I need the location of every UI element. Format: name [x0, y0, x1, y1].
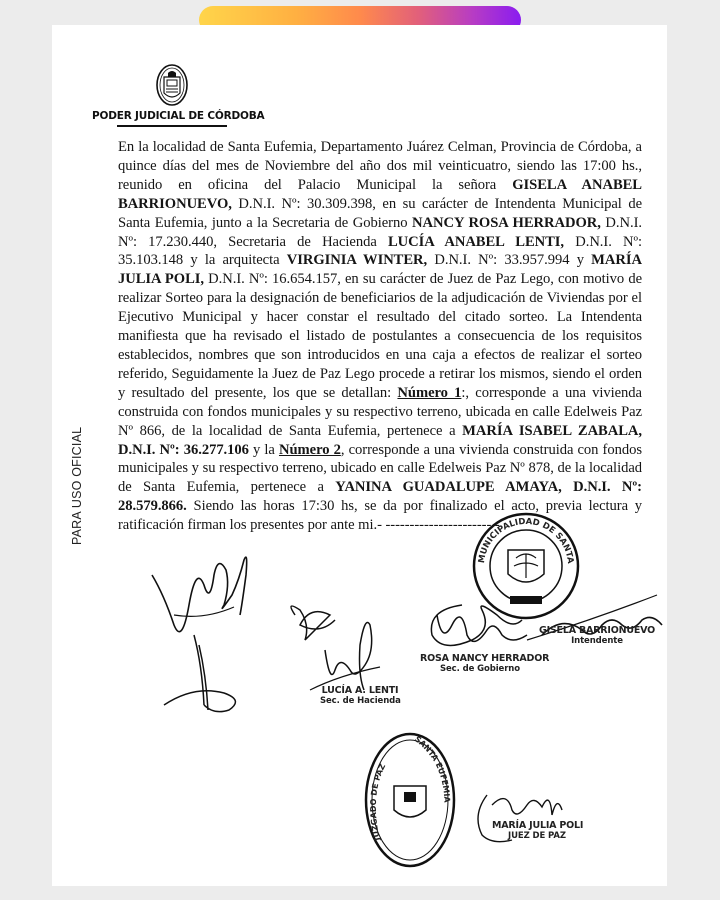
signature-scribble-1 — [144, 545, 274, 715]
signature-lenti — [280, 595, 400, 695]
lot-number: Número 2 — [279, 442, 341, 458]
signature-label-herrador: ROSA NANCY HERRADOR Sec. de Gobierno — [420, 653, 540, 674]
header-underline — [117, 125, 227, 127]
text-segment: D.N.I. Nº: 33.957.994 y — [427, 252, 591, 268]
signature-label-poli: MARÍA JULIA POLI JUEZ DE PAZ — [492, 820, 582, 841]
document-header: PODER JUDICIAL DE CÓRDOBA — [92, 63, 252, 127]
lot-number: Número 1 — [397, 385, 461, 401]
acta-paragraph: En la localidad de Santa Eufemia, Depart… — [118, 138, 642, 535]
svg-text:JUZGADO DE PAZ: JUZGADO DE PAZ — [369, 762, 388, 842]
svg-text:MUNICIPALIDAD DE SANTA EUFEMIA: MUNICIPALIDAD DE SANTA EUFEMIA — [470, 510, 575, 567]
document-page: PODER JUDICIAL DE CÓRDOBA PARA USO OFICI… — [52, 25, 667, 886]
signature-label-barrionuevo: GISELA BARRIONUEVO Intendente — [537, 625, 657, 646]
document-body: En la localidad de Santa Eufemia, Depart… — [118, 138, 642, 535]
side-stamp: PARA USO OFICIAL — [70, 427, 84, 545]
court-coat-of-arms-icon — [155, 63, 189, 107]
text-segment: y la — [249, 442, 279, 458]
text-segment: D.N.I. Nº: 16.654.157, en su carácter de… — [118, 271, 642, 400]
institution-title: PODER JUDICIAL DE CÓRDOBA — [92, 110, 252, 122]
person-name: NANCY ROSA HERRADOR, — [412, 215, 601, 231]
person-name: LUCÍA ANABEL LENTI, — [388, 234, 564, 250]
person-name: VIRGINIA WINTER, — [287, 252, 427, 268]
signature-label-lenti: LUCÍA A. LENTI Sec. de Hacienda — [320, 685, 400, 706]
court-seal: JUZGADO DE PAZ SANTA EUFEMIA — [362, 730, 458, 870]
svg-text:SANTA EUFEMIA: SANTA EUFEMIA — [413, 734, 452, 803]
